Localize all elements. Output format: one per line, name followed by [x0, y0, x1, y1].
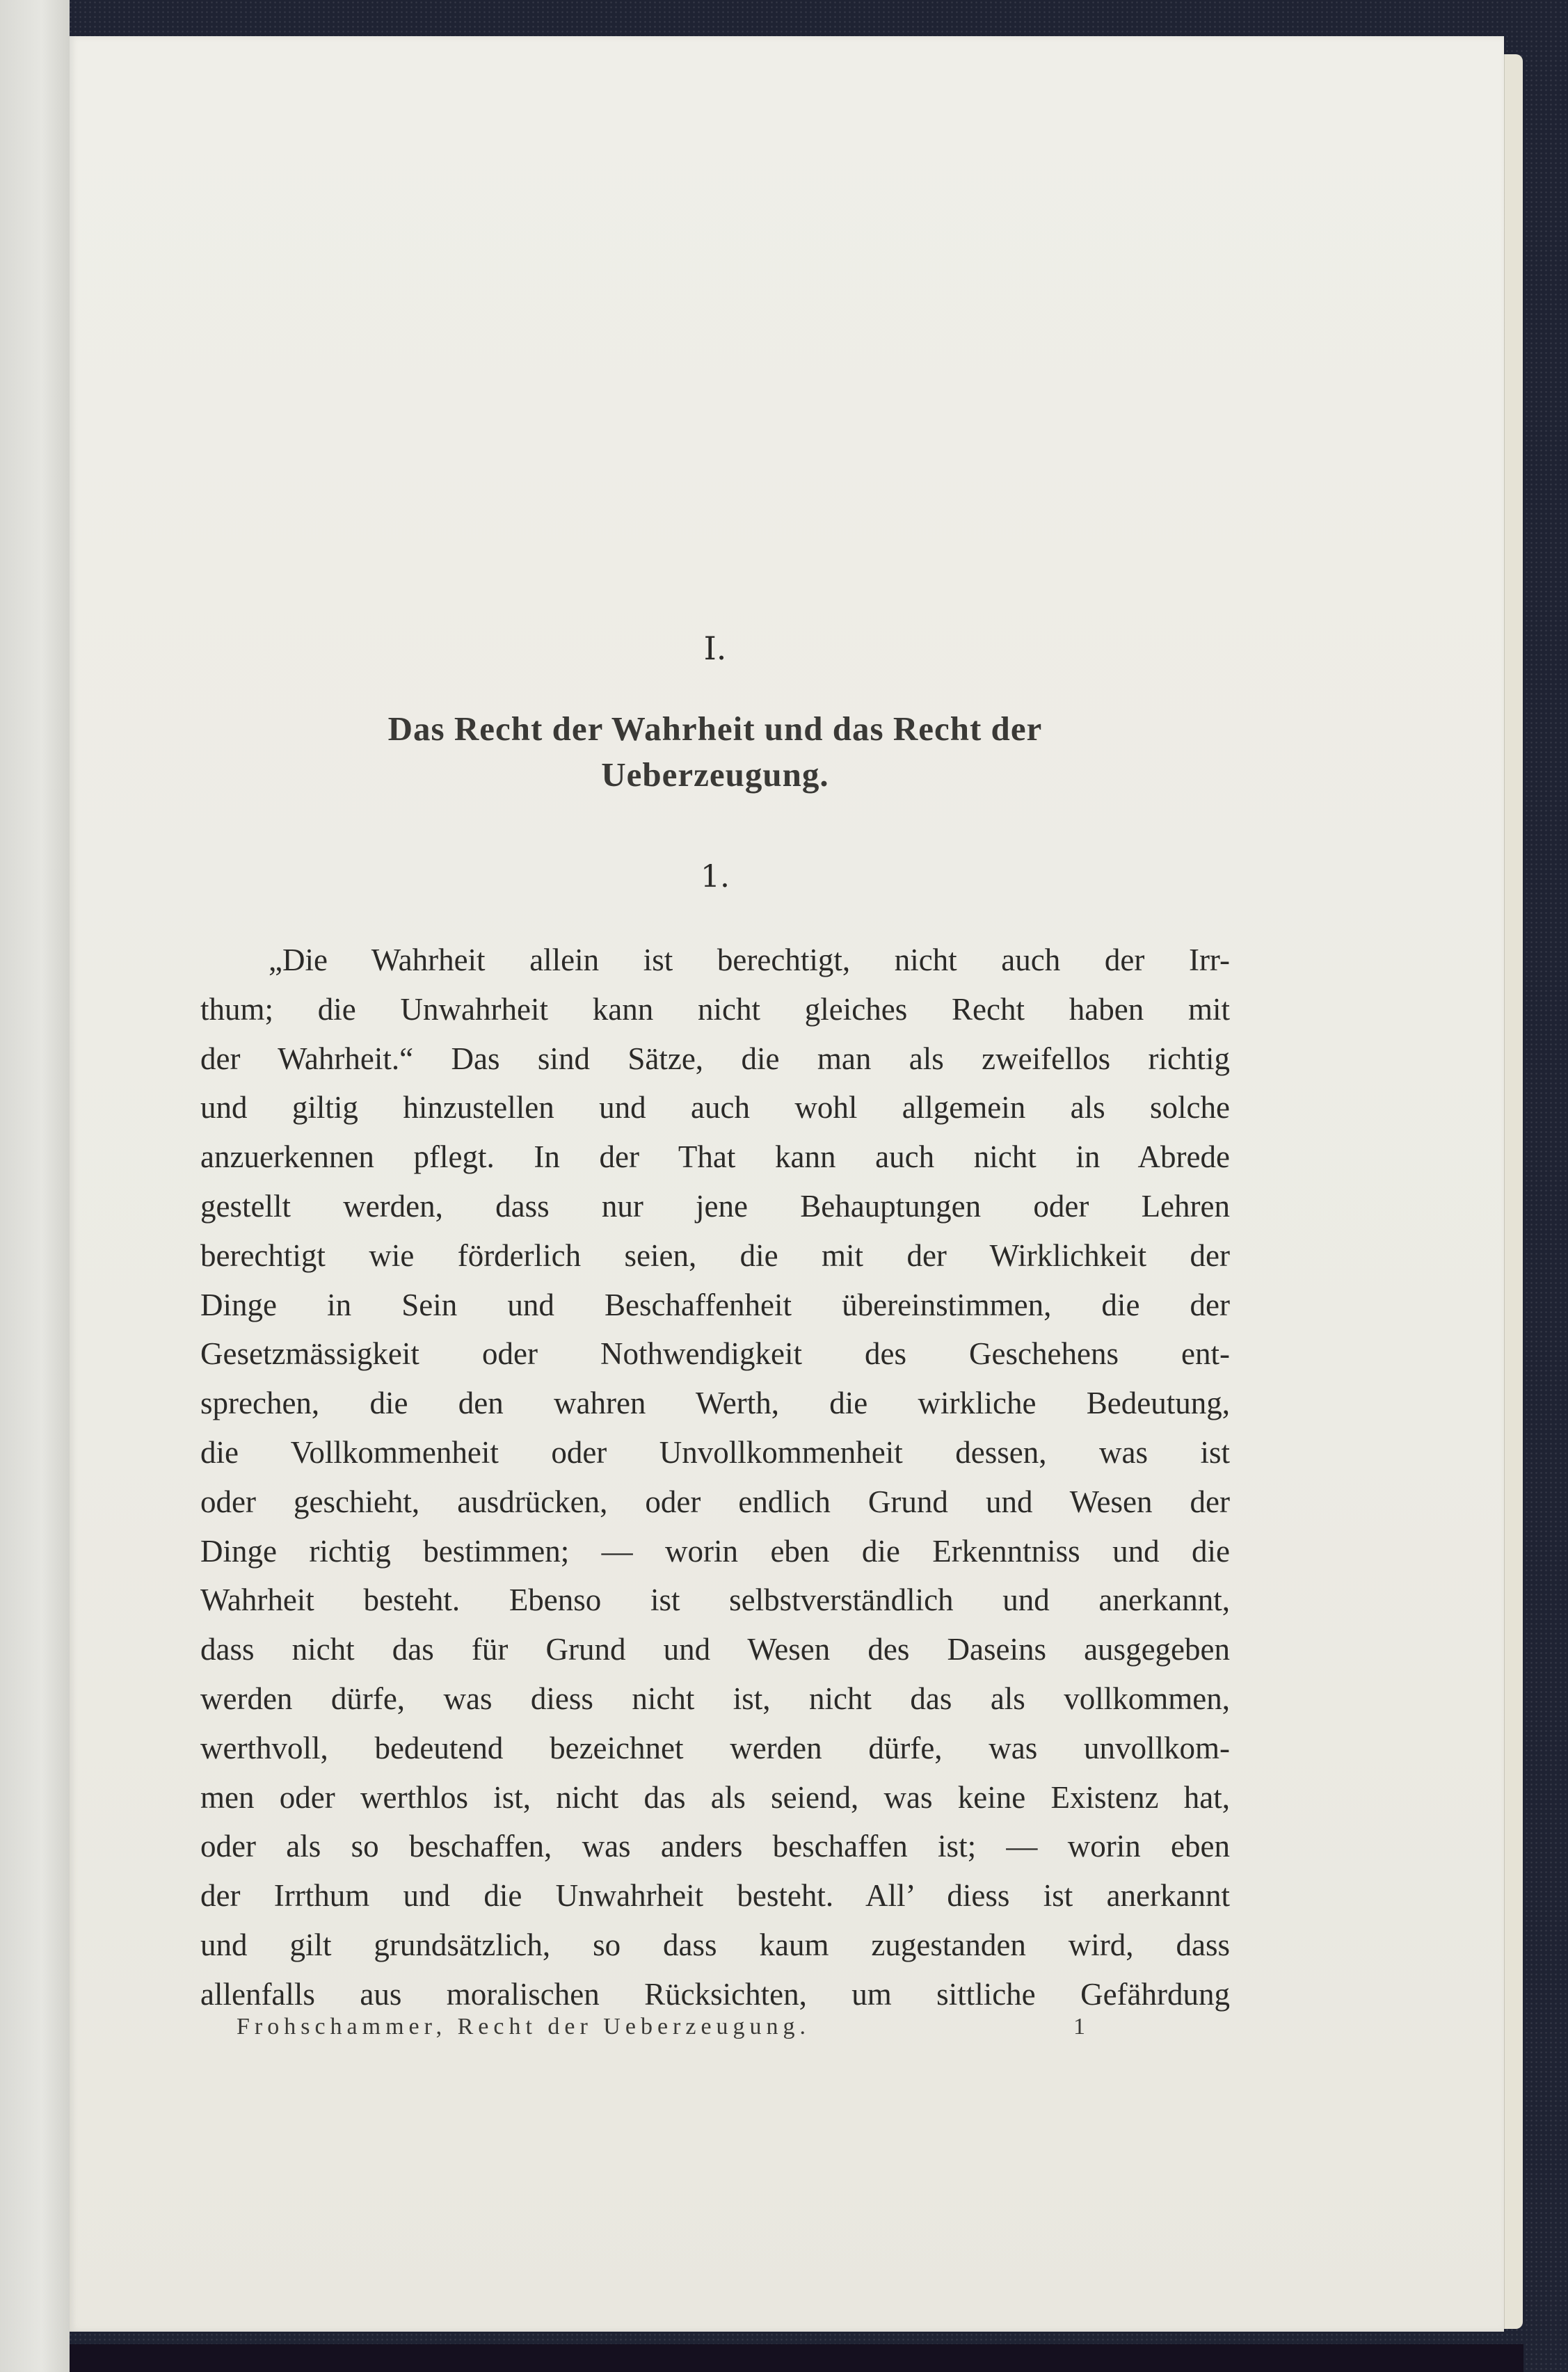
text-line: werthvoll, bedeutend bezeichnet werden d… [200, 1724, 1230, 1773]
chapter-title: Das Recht der Wahrheit und das Recht der… [200, 706, 1230, 798]
page-bottom-shadow [70, 2344, 1523, 2372]
text-line: Wahrheit besteht. Ebenso ist selbstverst… [200, 1576, 1230, 1625]
text-line: allenfalls aus moralischen Rücksichten, … [200, 1970, 1230, 2019]
text-line: der Irrthum und die Unwahrheit besteht. … [200, 1871, 1230, 1921]
chapter-title-line: Das Recht der Wahrheit und das Recht der [200, 706, 1230, 752]
text-line: Dinge in Sein und Beschaffenheit überein… [200, 1281, 1230, 1330]
text-line: der Wahrheit.“ Das sind Sätze, die man a… [200, 1034, 1230, 1084]
text-line: dass nicht das für Grund und Wesen des D… [200, 1625, 1230, 1674]
text-line: oder geschieht, ausdrücken, oder endlich… [200, 1477, 1230, 1527]
text-line: Gesetzmässigkeit oder Nothwendigkeit des… [200, 1329, 1230, 1379]
text-line: anzuerkennen pflegt. In der That kann au… [200, 1132, 1230, 1182]
text-line: die Vollkommenheit oder Unvollkommenheit… [200, 1428, 1230, 1477]
page-stack-edge [1504, 54, 1523, 2329]
footer-signature: Frohschammer, Recht der Ueberzeugung. [200, 2014, 810, 2040]
text-line: berechtigt wie förderlich seien, die mit… [200, 1231, 1230, 1281]
text-line: und gilt grundsätzlich, so dass kaum zug… [200, 1921, 1230, 1970]
text-line: men oder werthlos ist, nicht das als sei… [200, 1773, 1230, 1822]
text-line: „Die Wahrheit allein ist berechtigt, nic… [200, 936, 1230, 985]
chapter-number: I. [200, 630, 1230, 667]
previous-page-edge [0, 0, 70, 2372]
text-line: thum; die Unwahrheit kann nicht gleiches… [200, 985, 1230, 1034]
page-number: 1 [1073, 2014, 1085, 2040]
section-number: 1. [200, 859, 1230, 895]
body-paragraph: „Die Wahrheit allein ist berechtigt, nic… [200, 936, 1230, 2019]
text-line: oder als so beschaffen, was anders besch… [200, 1822, 1230, 1871]
text-line: gestellt werden, dass nur jene Behauptun… [200, 1182, 1230, 1231]
text-line: und giltig hinzustellen und auch wohl al… [200, 1083, 1230, 1132]
page-footer: Frohschammer, Recht der Ueberzeugung. 1 [200, 2014, 1230, 2040]
text-line: sprechen, die den wahren Werth, die wirk… [200, 1379, 1230, 1428]
text-line: Dinge richtig bestimmen; — worin eben di… [200, 1527, 1230, 1576]
text-line: werden dürfe, was diess nicht ist, nicht… [200, 1674, 1230, 1724]
chapter-title-line: Ueberzeugung. [200, 752, 1230, 798]
